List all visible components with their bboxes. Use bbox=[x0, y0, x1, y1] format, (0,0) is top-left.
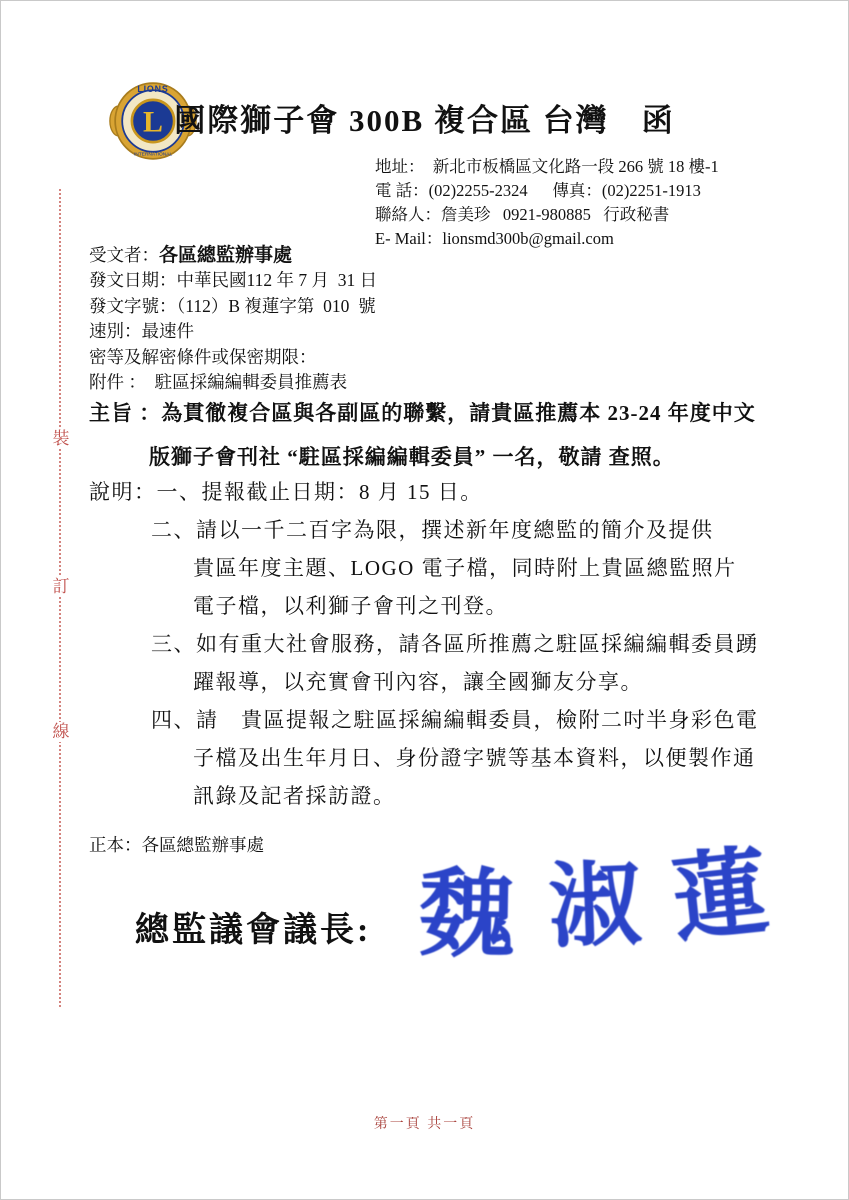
reference-number-line: 發文字號：（112）B 複蓮字第 010 號 bbox=[89, 294, 377, 319]
meta-block: 受文者：各區總監辦事處 發文日期：中華民國112 年 7 月 31 日 發文字號… bbox=[89, 243, 377, 395]
signature-title-label: 總監議會議長: bbox=[135, 902, 371, 951]
explanation-line: 電子檔，以利獅子會刊之刊登。 bbox=[193, 590, 508, 620]
explanation-line: 二、請以一千二百字為限，撰述新年度總監的簡介及提供 bbox=[151, 514, 714, 544]
binding-mark: 線 bbox=[48, 722, 74, 742]
signature-char: 魏 bbox=[418, 864, 516, 966]
subject-line-1: 主旨 ：為貫徹複合區與各副區的聯繫，請貴區推薦本 23-24 年度中文 bbox=[89, 397, 756, 427]
binding-mark: 訂 bbox=[48, 577, 74, 597]
recipient-label: 受文者： bbox=[89, 245, 159, 265]
binding-mark: 裝 bbox=[48, 429, 74, 449]
explanation-line: 躍報導，以充實會刊內容，讓全國獅友分享。 bbox=[193, 666, 643, 696]
page-number-footer: 第一頁 共一頁 bbox=[1, 1113, 848, 1133]
explanation-line: 三、如有重大社會服務，請各區所推薦之駐區採編編輯委員踴 bbox=[151, 628, 759, 658]
phone-fax-line: 電 話：(02)2255-2324 傳真：(02)2251-1913 bbox=[375, 179, 719, 203]
priority-line: 速別：最速件 bbox=[89, 319, 377, 344]
copy-recipient-line: 正本：各區總監辦事處 bbox=[89, 832, 264, 857]
issue-date-line: 發文日期：中華民國112 年 7 月 31 日 bbox=[89, 268, 377, 293]
explanation-line: 四、請 貴區提報之駐區採編編輯委員，檢附二吋半身彩色電 bbox=[151, 704, 759, 734]
explanation-line: 訊錄及記者採訪證。 bbox=[193, 780, 396, 810]
recipient-line: 受文者：各區總監辦事處 bbox=[89, 243, 377, 268]
document-title: 國際獅子會 300B 複合區 台灣 函 bbox=[1, 95, 848, 140]
subject-line-2: 版獅子會刊社 “駐區採編編輯委員” 一名，敬請 查照。 bbox=[149, 441, 675, 471]
explanation-line: 說明：一、提報截止日期：8 月 15 日。 bbox=[89, 476, 483, 506]
explanation-line: 貴區年度主題、LOGO 電子檔，同時附上貴區總監照片 bbox=[193, 552, 737, 582]
attachment-line: 附件 ： 駐區採編編輯委員推薦表 bbox=[89, 370, 377, 395]
address-line: 地址： 新北市板橋區文化路一段 266 號 18 樓-1 bbox=[375, 155, 719, 179]
signature-stamp: 魏 淑 蓮 bbox=[417, 851, 760, 963]
recipient-value: 各區總監辦事處 bbox=[159, 245, 292, 266]
logo-bottom-text: INTERNATIONAL bbox=[134, 151, 173, 157]
letter-page: 裝 訂 線 L LIONS INTERNATIONAL 國際獅子會 300B 複… bbox=[0, 0, 849, 1200]
signature-char: 蓮 bbox=[667, 842, 773, 951]
contact-person-line: 聯絡人：詹美珍 0921-980885 行政秘書 bbox=[375, 203, 719, 227]
signature-char: 淑 bbox=[547, 857, 642, 956]
email-line: E- Mail：lionsmd300b@gmail.com bbox=[375, 227, 719, 251]
binding-dotted-line bbox=[59, 189, 61, 1007]
contact-block: 地址： 新北市板橋區文化路一段 266 號 18 樓-1 電 話：(02)225… bbox=[375, 155, 719, 251]
security-line: 密等及解密條件或保密期限： bbox=[89, 345, 377, 370]
logo-top-text: LIONS bbox=[137, 84, 168, 94]
explanation-line: 子檔及出生年月日、身份證字號等基本資料，以便製作通 bbox=[193, 742, 756, 772]
